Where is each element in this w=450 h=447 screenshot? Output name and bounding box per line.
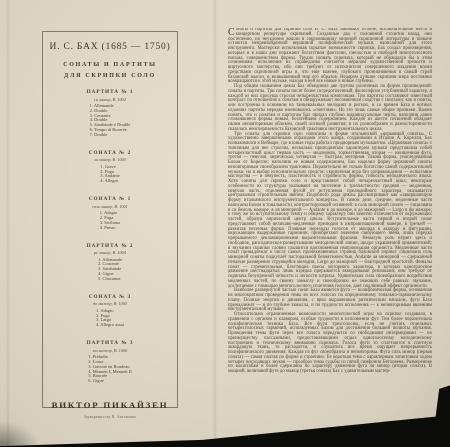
performer-name: ВИКТОР ПИКАЙЗЕН bbox=[43, 400, 177, 410]
section-key: ля минор, В. 1003 bbox=[43, 157, 177, 162]
tracklist-section-sonata-2: СОНАТА № 2 ля минор, В. 1003 1. Grave 2.… bbox=[43, 150, 177, 187]
paper-crease-middle bbox=[213, 0, 217, 447]
album-back-cover: И. С. БАХ (1685 — 1750) СОНАТЫ И ПАРТИТЫ… bbox=[0, 0, 450, 447]
section-key: соль минор, В. 1001 bbox=[43, 204, 177, 209]
section-heading: СОНАТА № 2 bbox=[43, 150, 177, 156]
track-item: 4. Presto bbox=[100, 226, 121, 231]
track-item: 4. Allegro assai bbox=[96, 323, 124, 328]
section-key: си минор, В. 1002 bbox=[43, 97, 177, 102]
section-heading: СОНАТА № 3 bbox=[43, 294, 177, 300]
section-heading: ПАРТИТА № 2 bbox=[43, 243, 177, 249]
liner-notes: Сонаты и партиты для скрипки соло И. С. … bbox=[228, 28, 432, 414]
section-heading: СОНАТА № 1 bbox=[43, 196, 177, 202]
tracklist-section-partita-2: ПАРТИТА № 2 ре минор, В. 1004 1. Alleman… bbox=[43, 243, 177, 285]
liner-notes-paragraph: Относительно ограниченные возможности мн… bbox=[228, 313, 432, 375]
track-item: 5. Chaconne bbox=[98, 277, 122, 282]
tracklist-section-sonata-3: СОНАТА № 3 до мажор, В. 1005 1. Adagio 2… bbox=[43, 294, 177, 331]
liner-notes-paragraph: Сонаты и партиты для скрипки соло И. С. … bbox=[228, 28, 432, 85]
section-items: 1. Adagio 2. Fuga 3. Siciliano 4. Presto bbox=[100, 211, 121, 230]
album-subtitle-line2: ДЛЯ СКРИПКИ СОЛО bbox=[43, 73, 177, 80]
album-subtitle-line1: СОНАТЫ И ПАРТИТЫ bbox=[43, 62, 177, 69]
tracklist-section-partita-1: ПАРТИТА № 1 си минор, В. 1002 1. Alleman… bbox=[43, 89, 177, 141]
tracklist-section-partita-3: ПАРТИТА № 3 ми мажор, В. 1006 1. Preludi… bbox=[43, 340, 177, 387]
tracklist-section-sonata-1: СОНАТА № 1 соль минор, В. 1001 1. Adagio… bbox=[43, 196, 177, 233]
track-item: 4. Allegro bbox=[100, 179, 120, 184]
section-key: до мажор, В. 1005 bbox=[43, 301, 177, 306]
album-title: И. С. БАХ (1685 — 1750) bbox=[43, 42, 177, 52]
section-items: 1. Preludio 2. Loure 3. Gavotte en Ronde… bbox=[88, 355, 132, 384]
track-item: 6. Gigue bbox=[88, 379, 132, 384]
section-items: 1. Allemande 2. Double 3. Courante 4. Do… bbox=[90, 104, 131, 138]
liner-notes-paragraph: Под общим названием цикла Бах объединил … bbox=[228, 85, 432, 133]
section-key: ре минор, В. 1004 bbox=[43, 250, 177, 255]
tracklist-frame: И. С. БАХ (1685 — 1750) СОНАТЫ И ПАРТИТЫ… bbox=[42, 31, 178, 408]
section-key: ми мажор, В. 1006 bbox=[43, 348, 177, 353]
liner-notes-text: онаты и партиты для скрипки соло И. С. Б… bbox=[228, 28, 432, 84]
section-items: 1. Adagio 2. Fuga 3. Largo 4. Allegro as… bbox=[96, 309, 124, 328]
section-items: 1. Grave 2. Fuga 3. Andante 4. Allegro bbox=[100, 165, 120, 184]
sound-engineer-credit: Звукорежиссер В. Антоненко bbox=[43, 415, 177, 419]
section-heading: ПАРТИТА № 1 bbox=[43, 89, 177, 95]
section-items: 1. Allemande 2. Courante 3. Sarabande 4.… bbox=[98, 258, 122, 282]
paper-background: И. С. БАХ (1685 — 1750) СОНАТЫ И ПАРТИТЫ… bbox=[0, 0, 450, 447]
paper-crease-left bbox=[6, 0, 10, 447]
liner-notes-paragraph: Наиболее развернутой частью сонат Баха я… bbox=[228, 289, 432, 313]
track-item: 7. Double bbox=[90, 133, 131, 138]
corner-shadow bbox=[0, 421, 40, 447]
liner-notes-paragraph: Три сонаты для скрипки соло написаны в ф… bbox=[228, 133, 432, 290]
section-heading: ПАРТИТА № 3 bbox=[43, 340, 177, 346]
